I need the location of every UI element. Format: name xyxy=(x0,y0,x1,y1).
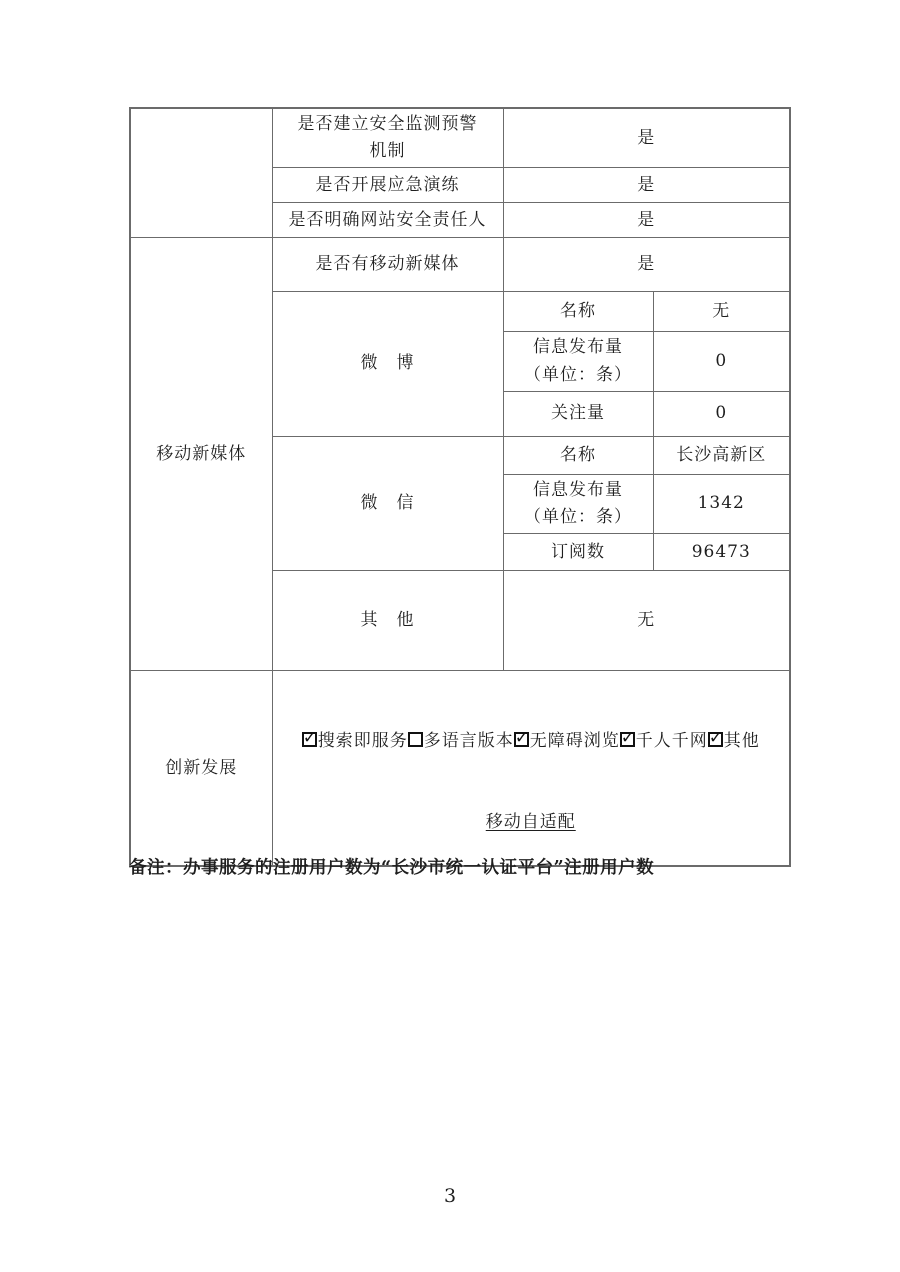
option-label-other: 其他 xyxy=(724,731,760,751)
note-text: 备注：办事服务的注册用户数为“长沙市统一认证平台”注册用户数 xyxy=(129,854,654,879)
report-table: 是否建立安全监测预警 机制 是 是否开展应急演练 是 是否明确网站安全责任人 是… xyxy=(129,107,791,867)
checkbox-personalization-icon xyxy=(620,732,635,747)
value-wechat-name: 长沙高新区 xyxy=(653,436,790,474)
label-wechat-subscribers: 订阅数 xyxy=(503,534,653,571)
value-weibo-followers: 0 xyxy=(653,391,790,436)
question-has-mobile-media: 是否有移动新媒体 xyxy=(272,238,503,292)
checkbox-search-as-service-icon xyxy=(302,732,317,747)
answer-emergency-drill: 是 xyxy=(503,168,790,203)
label-weibo-posts: 信息发布量 （单位：条） xyxy=(503,332,653,391)
value-weibo-posts: 0 xyxy=(653,332,790,391)
label-wechat-name: 名称 xyxy=(503,436,653,474)
page-number: 3 xyxy=(0,1185,900,1207)
innovation-options-cell: 搜索即服务多语言版本无障碍浏览千人千网其他 移动自适配 xyxy=(272,671,790,867)
label-weibo-followers: 关注量 xyxy=(503,391,653,436)
label-weibo: 微 博 xyxy=(272,292,503,436)
value-weibo-name: 无 xyxy=(653,292,790,332)
option-label-accessibility: 无障碍浏览 xyxy=(530,731,620,751)
answer-security-officer: 是 xyxy=(503,203,790,238)
checkbox-accessibility-icon xyxy=(514,732,529,747)
question-security-monitor: 是否建立安全监测预警 机制 xyxy=(272,108,503,168)
question-emergency-drill: 是否开展应急演练 xyxy=(272,168,503,203)
value-wechat-subscribers: 96473 xyxy=(653,534,790,571)
question-security-officer: 是否明确网站安全责任人 xyxy=(272,203,503,238)
label-other-media: 其 他 xyxy=(272,571,503,671)
section-cell-blank xyxy=(130,108,272,238)
answer-has-mobile-media: 是 xyxy=(503,238,790,292)
label-weibo-name: 名称 xyxy=(503,292,653,332)
value-other-media: 无 xyxy=(503,571,790,671)
other-detail-text: 移动自适配 xyxy=(486,812,576,832)
option-label-search-as-service: 搜索即服务 xyxy=(318,731,408,751)
option-label-personalization: 千人千网 xyxy=(636,731,708,751)
option-label-multilingual: 多语言版本 xyxy=(424,731,514,751)
checkbox-other-icon xyxy=(708,732,723,747)
label-wechat: 微 信 xyxy=(272,436,503,570)
innovation-other-detail-line: 移动自适配 xyxy=(279,782,784,836)
section-label-innovation: 创新发展 xyxy=(130,671,272,867)
value-wechat-posts: 1342 xyxy=(653,474,790,533)
label-wechat-posts: 信息发布量 （单位：条） xyxy=(503,474,653,533)
checkbox-multilingual-icon xyxy=(408,732,423,747)
innovation-options-line: 搜索即服务多语言版本无障碍浏览千人千网其他 xyxy=(279,700,784,754)
answer-security-monitor: 是 xyxy=(503,108,790,168)
section-label-mobile-media: 移动新媒体 xyxy=(130,238,272,671)
